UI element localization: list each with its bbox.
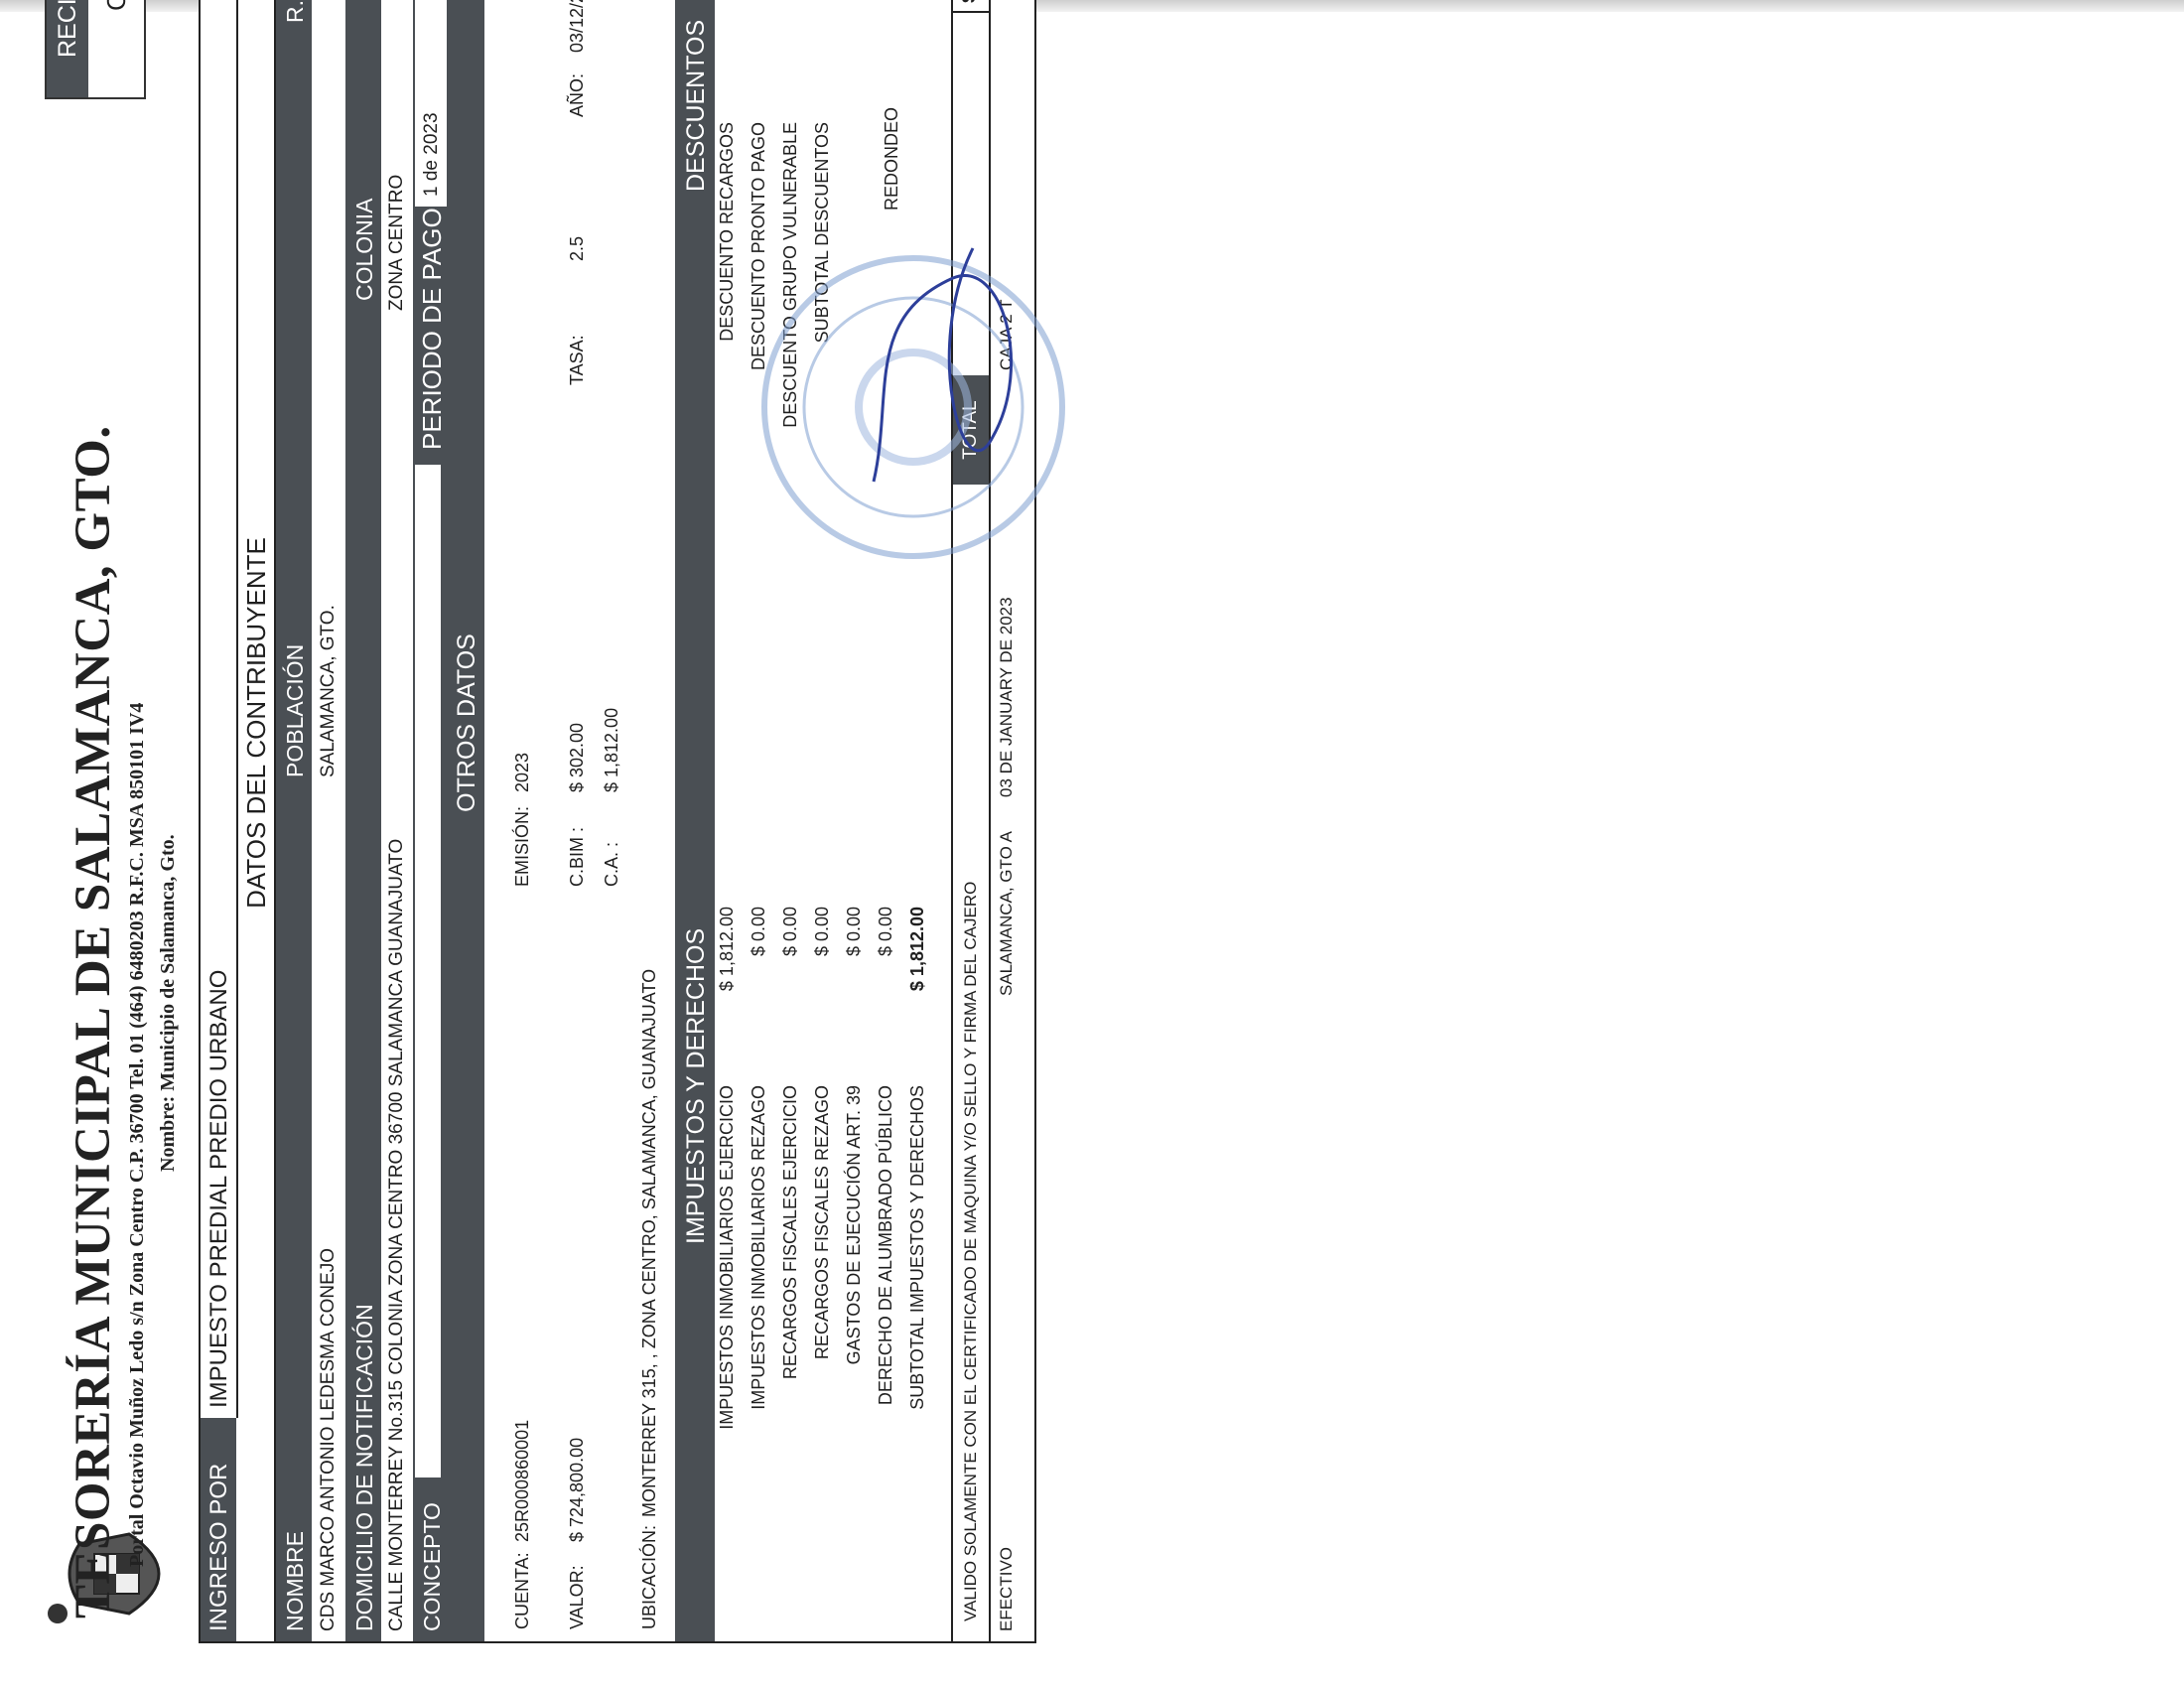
- concepto-label: CONCEPTO: [419, 1502, 446, 1631]
- nombre-value: CDS MARCO ANTONIO LEDESMA CONEJO: [318, 1248, 340, 1631]
- total-value: $ 1,595.00: [959, 0, 981, 3]
- receipt-page: TESORERÍA MUNICIPAL DE SALAMANCA, GTO. P…: [0, 0, 2184, 1688]
- descuentos-title: DESCUENTOS: [682, 20, 711, 192]
- forma-pago: EFECTIVO: [997, 1547, 1017, 1631]
- receipt-number: C2 T 184: [88, 0, 144, 97]
- descuento-label: DESCUENTO PRONTO PAGO: [749, 122, 769, 370]
- total-divider: [953, 11, 989, 13]
- cbim-value: $ 302.00: [567, 723, 588, 792]
- descuentos-list: DESCUENTO RECARGOS$ 0.00DESCUENTO PRONTO…: [717, 0, 955, 1641]
- issuer-name: Nombre: Municipio de Salamanca, Gto.: [157, 834, 180, 1172]
- nombre-label: NOMBRE: [282, 1531, 309, 1631]
- colonia-value: ZONA CENTRO: [386, 175, 408, 311]
- ingreso-row: IMPUESTO PREDIAL PREDIO URBANO: [201, 0, 238, 1418]
- tasa-value: 2.5: [567, 236, 588, 261]
- ingreso-label-band: INGRESO POR: [201, 1418, 236, 1641]
- periodo-field: 1 de 2023 6 de 2023: [415, 0, 447, 207]
- issuer-title: TESORERÍA MUNICIPAL DE SALAMANCA, GTO.: [65, 425, 122, 1618]
- emision-value: 2023: [512, 753, 533, 792]
- fecha: 03 DE JANUARY DE 2023: [997, 597, 1017, 797]
- contribuyente-title-row: DATOS DEL CONTRIBUYENTE: [238, 0, 276, 1641]
- poblacion-label: POBLACIÓN: [282, 644, 309, 777]
- receipt-form: INGRESO POR IMPUESTO PREDIAL PREDIO URBA…: [199, 0, 1036, 1643]
- total-label: TOTAL: [960, 400, 981, 459]
- colonia-label: COLONIA: [351, 198, 378, 301]
- impuestos-descuentos-band: IMPUESTOS Y DERECHOS DESCUENTOS: [675, 0, 715, 1641]
- redondeo-label: REDONDEO: [882, 107, 902, 211]
- ingreso-value: IMPUESTO PREDIAL PREDIO URBANO: [205, 970, 233, 1408]
- concepto-field: [415, 465, 441, 1477]
- ubicacion-value: MONTERREY 315, , ZONA CENTRO, SALAMANCA,…: [639, 969, 660, 1517]
- valor-value: $ 724,800.00: [567, 1438, 588, 1542]
- domicilio-value: CALLE MONTERREY No.315 COLONIA ZONA CENT…: [386, 839, 408, 1631]
- valor-label: VALOR:: [567, 1565, 588, 1629]
- ingreso-label: INGRESO POR: [205, 1464, 233, 1631]
- rfc-label: R.F.C.: [282, 0, 309, 23]
- official-receipt-box: RECIBO OFICIAL C2 T 184: [45, 0, 146, 99]
- cuenta-label: CUENTA:: [512, 1552, 533, 1629]
- contribuyente-title: DATOS DEL CONTRIBUYENTE: [241, 537, 271, 909]
- concepto-band: CONCEPTO PERIODO DE PAGO 1 de 2023 6 de …: [413, 0, 449, 1641]
- domicilio-values-row: CALLE MONTERREY No.315 COLONIA ZONA CENT…: [381, 0, 413, 1641]
- domicilio-label: DOMICILIO DE NOTIFICACIÓN: [351, 1304, 378, 1631]
- emision-label: EMISIÓN:: [512, 806, 533, 887]
- otros-datos-title: OTROS DATOS: [453, 633, 480, 812]
- periodo-desde: 1 de 2023: [421, 112, 443, 197]
- impuestos-title: IMPUESTOS Y DERECHOS: [682, 928, 711, 1244]
- cbim-label: C.BIM :: [567, 827, 588, 887]
- ubicacion-row: UBICACIÓN: MONTERREY 315, , ZONA CENTRO,…: [633, 0, 673, 1641]
- ca-label: C.A. :: [602, 842, 622, 887]
- cuenta-value: 25R000860001: [512, 1420, 533, 1542]
- tasa-label: TASA:: [567, 335, 588, 385]
- poblacion-value: SALAMANCA, GTO.: [318, 605, 340, 777]
- pago-info-row: EFECTIVO SALAMANCA, GTO A 03 DE JANUARY …: [989, 0, 1024, 1641]
- periodo-label: PERIODO DE PAGO: [417, 208, 448, 450]
- contribuyente-values-row: CDS MARCO ANTONIO LEDESMA CONEJO SALAMAN…: [312, 0, 345, 1641]
- otros-datos-body: CUENTA: 25R000860001 EMISIÓN: 2023 VALOR…: [484, 0, 633, 1641]
- receipt-label: RECIBO OFICIAL: [47, 0, 88, 97]
- domicilio-header-band: DOMICILIO DE NOTIFICACIÓN COLONIA: [345, 0, 381, 1641]
- descuento-label: DESCUENTO GRUPO VULNERABLE: [780, 122, 801, 428]
- otros-datos-band: OTROS DATOS: [449, 0, 484, 1641]
- descuento-label: DESCUENTO RECARGOS: [717, 122, 738, 342]
- anio-value: 03/12/2014 ACE: [567, 0, 588, 53]
- anio-label: AÑO:: [567, 73, 588, 117]
- contribuyente-header-band: NOMBRE POBLACIÓN R.F.C.: [276, 0, 312, 1641]
- ubicacion-label: UBICACIÓN:: [639, 1525, 660, 1629]
- total-label-band: TOTAL: [953, 375, 989, 485]
- validez-total-row: VALIDO SOLAMENTE CON EL CERTIFICADO DE M…: [951, 0, 991, 1641]
- descuentos-subtotal-label: SUBTOTAL DESCUENTOS: [812, 122, 833, 343]
- lugar: SALAMANCA, GTO A: [997, 831, 1017, 996]
- ca-value: $ 1,812.00: [602, 708, 622, 792]
- validez-text: VALIDO SOLAMENTE CON EL CERTIFICADO DE M…: [961, 882, 981, 1621]
- issuer-address: Portal Octavio Muñoz Ledo s/n Zona Centr…: [126, 703, 149, 1567]
- caja: CAJA 2 T: [997, 300, 1017, 371]
